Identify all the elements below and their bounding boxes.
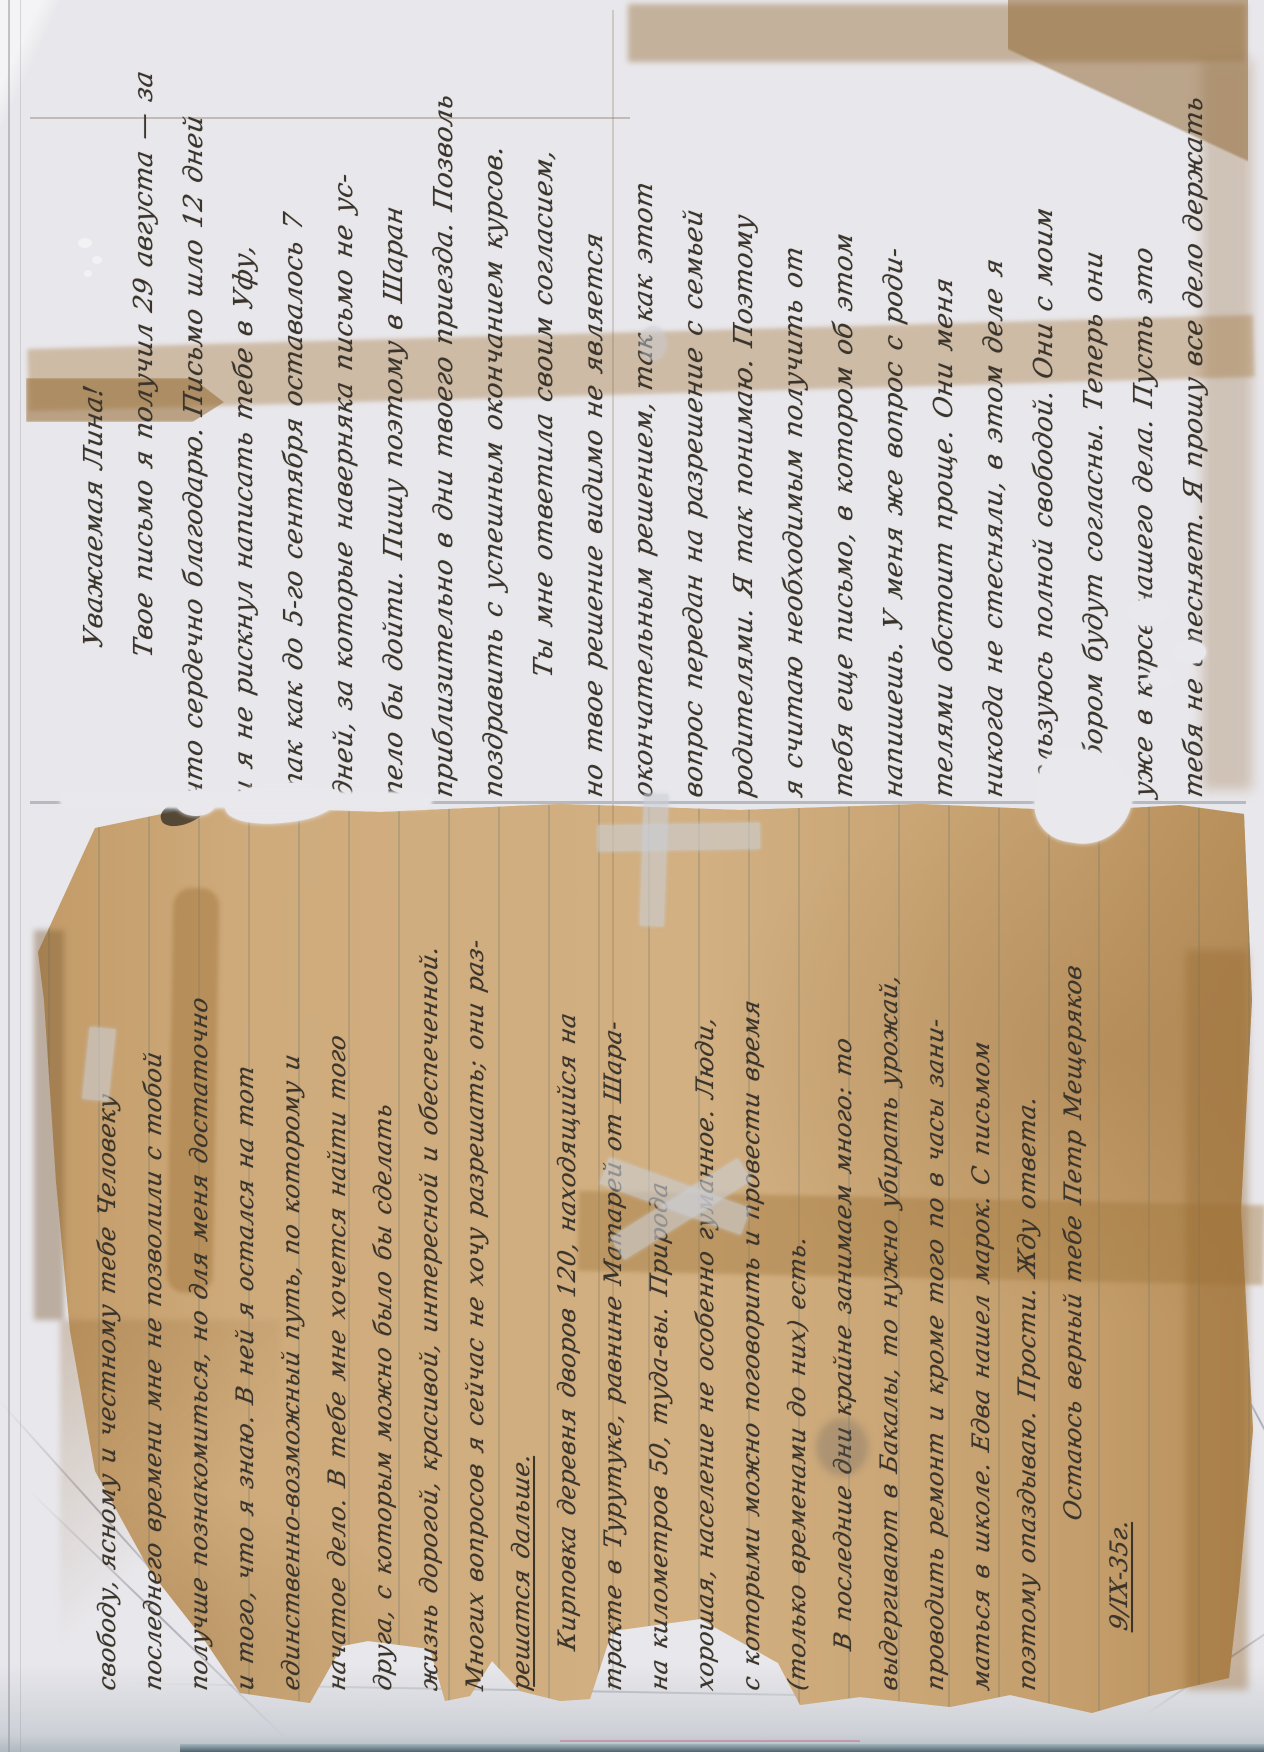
handwriting-line: хорошая, население не особенно гуманное.… <box>682 808 728 1694</box>
handwriting-line: начатое дело. В тебе мне хочется найти т… <box>314 808 360 1694</box>
handwriting-line: но твое решение видимо не является <box>569 53 619 802</box>
handwriting-line: так как до 5-го сентября оставалось 7 <box>269 53 319 802</box>
paint-speck <box>78 238 92 248</box>
handwriting-line: с которыми можно поговорить и провести в… <box>728 808 774 1694</box>
handwriting-line: решатся дальше. <box>498 808 544 1694</box>
handwriting-line: телями обстоит проще. Они меня <box>919 53 969 802</box>
handwriting-line: (только временами до них) есть. <box>774 808 820 1694</box>
scan-edge-strip <box>180 1744 1264 1752</box>
handwriting-line: я считаю необходимым получить от <box>769 53 819 802</box>
paint-speck <box>92 256 102 264</box>
tape-glare <box>640 326 666 360</box>
handwriting-line: тебя не стесняет. Я прошу все дело держа… <box>1169 53 1219 802</box>
handwriting-line: тебя еще письмо, в котором об этом <box>819 53 869 802</box>
handwriting-line: свободу, ясному и честному тебе Человеку <box>84 808 130 1694</box>
handwriting-line: Ты мне ответила своим согласием, <box>519 53 569 802</box>
tear-fleck <box>1148 668 1174 688</box>
tape-piece <box>640 794 669 927</box>
handwriting-line: Кирповка деревня дворов 120, находящийся… <box>544 808 590 1694</box>
handwriting-line: вопрос передан на разрешение с семьей <box>669 53 719 802</box>
sleeve-wrinkle-line <box>8 0 10 1752</box>
handwriting-line: друга, с которым можно было бы сделать <box>360 808 406 1694</box>
handwriting-line: Остаюсь верный тебе Петр Мещеряков <box>1050 808 1096 1694</box>
tear-fleck <box>1172 640 1206 664</box>
handwriting-line: Уважаемая Лина! <box>69 53 119 802</box>
handwriting-line: маться в школе. Едва нашел марок. С пись… <box>958 808 1004 1694</box>
handwriting-line: окончательным решением, так как этот <box>619 53 669 802</box>
handwriting-line: 9/IX-35г. <box>1096 808 1142 1694</box>
handwriting-line: выбором будут согласны. Теперь они <box>1069 53 1119 802</box>
handwriting-line: выдергивают в Бакалы, то нужно убирать у… <box>866 808 912 1694</box>
paint-speck <box>84 270 92 277</box>
fold-crack-white <box>60 792 432 808</box>
handwriting-line: что сердечно благодарю. Письмо шло 12 дн… <box>169 53 219 802</box>
handwriting-line: пользуюсь полной свободой. Они с моим <box>1019 53 1069 802</box>
handwriting-line: на километров 50, туда-вы. Природа <box>636 808 682 1694</box>
handwriting-line: жизнь дорогой, красивой, интересной и об… <box>406 808 452 1694</box>
tape-piece <box>598 823 760 852</box>
handwriting-page-2: свободу, ясному и честному тебе Человеку… <box>78 812 1148 1690</box>
handwriting-line: получше познакомиться, но для меня доста… <box>176 808 222 1694</box>
handwriting-line: родителями. Я так понимаю. Поэтому <box>719 53 769 802</box>
handwriting-line: уже в курсе нашего дела. Пусть это <box>1119 53 1169 802</box>
handwriting-line: пело бы дойти. Пишу поэтому в Шаран <box>369 53 419 802</box>
handwriting-line: поздравить с успешным окончанием курсов. <box>469 53 519 802</box>
handwriting-line: приблизительно в дни твоего приезда. Поз… <box>419 53 469 802</box>
handwriting-line: проводить ремонт и кроме того по в часы … <box>912 808 958 1694</box>
scan-edge-magenta <box>560 1740 860 1742</box>
handwriting-line: В последние дни крайне занимаем много: т… <box>820 808 866 1694</box>
handwriting-line: поэтому опаздываю. Прости. Жду ответа. <box>1004 808 1050 1694</box>
handwriting-page-1: Уважаемая Лина!Твое письмо я получил 29 … <box>57 57 1242 797</box>
handwriting-line: последнего времени мне не позволили с то… <box>130 808 176 1694</box>
handwriting-line: и я не рискнул написать тебе в Уфу, <box>219 53 269 802</box>
sleeve-wrinkle-line <box>20 0 21 1752</box>
letter-scan-image: Уважаемая Лина!Твое письмо я получил 29 … <box>0 0 1264 1752</box>
handwriting-line: единственно-возможный путь, по которому … <box>268 808 314 1694</box>
handwriting-line: никогда не стесняли, в этом деле я <box>969 53 1019 802</box>
handwriting-line: дней, за которые наверняка письмо не ус- <box>319 53 369 802</box>
handwriting-line: Твое письмо я получил 29 августа — за <box>119 53 169 802</box>
handwriting-line: Многих вопросов я сейчас не хочу разреша… <box>452 808 498 1694</box>
ink-smudge <box>816 1418 868 1476</box>
handwriting-line: и того, что я знаю. В ней я остался на т… <box>222 808 268 1694</box>
handwriting-line: напишешь. У меня же вопрос с роди- <box>869 53 919 802</box>
